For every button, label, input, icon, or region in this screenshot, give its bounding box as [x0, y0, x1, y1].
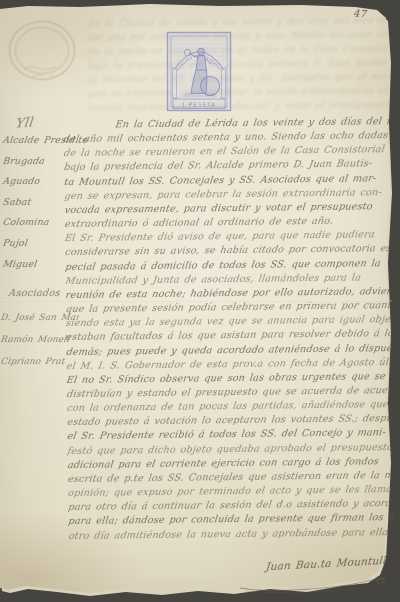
- attendee-name: Pujol: [1, 234, 69, 255]
- signature-rubric-flourish: [236, 568, 394, 594]
- attendee-name: Aguado: [1, 172, 69, 193]
- attendee-name: Colomina: [1, 213, 69, 234]
- bleedthrough-text: En la Ciudad de Lérida a los veinte y do…: [87, 14, 388, 115]
- manuscript-body-text: En la Ciudad de Lérida a los veinte y do…: [63, 115, 394, 544]
- attendee-name: Alcalde Presid.te: [1, 131, 69, 152]
- attendee-name: Miguel: [1, 255, 69, 276]
- margin-attendees-list: Alcalde Presid.teBrugadaAguadoSabatColom…: [3, 131, 67, 275]
- margin-flourish: Yll: [15, 115, 35, 131]
- attendee-name: Brugada: [1, 152, 69, 173]
- associates-heading: Asociados: [8, 288, 61, 299]
- embossed-seal: [9, 21, 75, 80]
- attendee-name: Sabat: [1, 193, 69, 214]
- pencil-marks-icon: [22, 62, 66, 82]
- photographed-manuscript-page: 47 1 PESETA En la Ciudad d: [0, 0, 400, 602]
